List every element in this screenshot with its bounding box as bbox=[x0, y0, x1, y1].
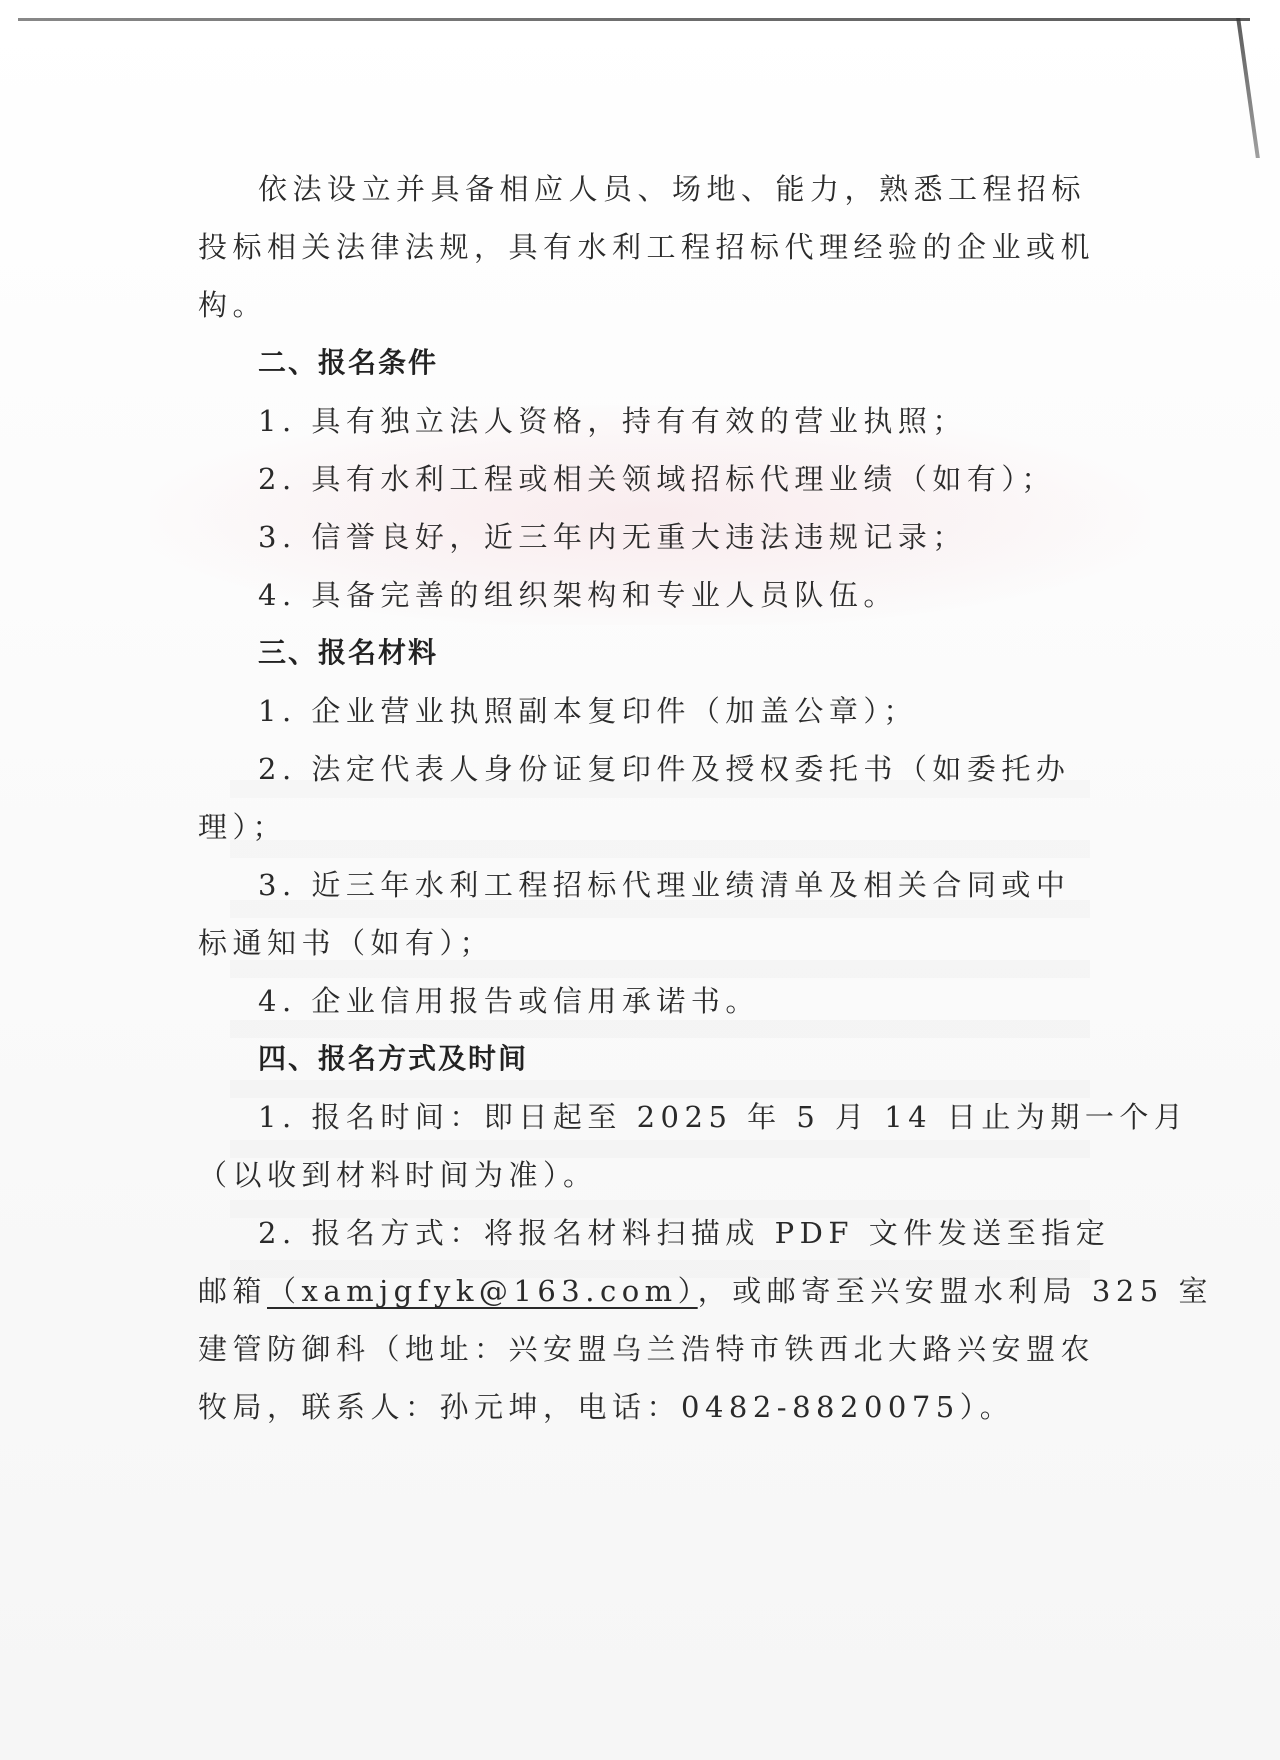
paper-top-edge bbox=[18, 18, 1250, 21]
intro-line-3: 构。 bbox=[198, 276, 988, 334]
registration-time-note: （以收到材料时间为准）。 bbox=[198, 1146, 988, 1204]
material-item: 4. 企业信用报告或信用承诺书。 bbox=[198, 972, 988, 1030]
condition-item: 2. 具有水利工程或相关领域招标代理业绩（如有）； bbox=[198, 450, 988, 508]
address-line: 建管防御科（地址：兴安盟乌兰浩特市铁西北大路兴安盟农 bbox=[198, 1320, 988, 1378]
document-body: 依法设立并具备相应人员、场地、能力，熟悉工程招标 投标相关法律法规，具有水利工程… bbox=[198, 160, 988, 1436]
paper-right-edge bbox=[1236, 18, 1260, 158]
section-heading-materials: 三、报名材料 bbox=[198, 624, 988, 682]
email-address-link[interactable]: （xamjgfyk@163.com） bbox=[267, 1274, 698, 1308]
email-suffix: ，或邮寄至兴安盟水利局 325 室 bbox=[698, 1274, 1213, 1308]
scanned-page: 依法设立并具备相应人员、场地、能力，熟悉工程招标 投标相关法律法规，具有水利工程… bbox=[0, 0, 1280, 1760]
material-item: 3. 近三年水利工程招标代理业绩清单及相关合同或中 bbox=[198, 856, 988, 914]
condition-item: 4. 具备完善的组织架构和专业人员队伍。 bbox=[198, 566, 988, 624]
section-heading-method-time: 四、报名方式及时间 bbox=[198, 1030, 988, 1088]
email-line: 邮箱（xamjgfyk@163.com），或邮寄至兴安盟水利局 325 室 bbox=[198, 1262, 988, 1320]
material-item-continued: 理）； bbox=[198, 798, 988, 856]
contact-line: 牧局，联系人：孙元坤，电话：0482-8820075）。 bbox=[198, 1378, 988, 1436]
registration-time: 1. 报名时间：即日起至 2025 年 5 月 14 日止为期一个月 bbox=[198, 1088, 988, 1146]
section-heading-conditions: 二、报名条件 bbox=[198, 334, 988, 392]
intro-line-2: 投标相关法律法规，具有水利工程招标代理经验的企业或机 bbox=[198, 218, 988, 276]
email-prefix: 邮箱 bbox=[198, 1274, 267, 1308]
condition-item: 1. 具有独立法人资格，持有有效的营业执照； bbox=[198, 392, 988, 450]
intro-line-1: 依法设立并具备相应人员、场地、能力，熟悉工程招标 bbox=[198, 160, 988, 218]
material-item: 1. 企业营业执照副本复印件（加盖公章）； bbox=[198, 682, 988, 740]
material-item-continued: 标通知书（如有）； bbox=[198, 914, 988, 972]
material-item: 2. 法定代表人身份证复印件及授权委托书（如委托办 bbox=[198, 740, 988, 798]
condition-item: 3. 信誉良好，近三年内无重大违法违规记录； bbox=[198, 508, 988, 566]
registration-method: 2. 报名方式：将报名材料扫描成 PDF 文件发送至指定 bbox=[198, 1204, 988, 1262]
